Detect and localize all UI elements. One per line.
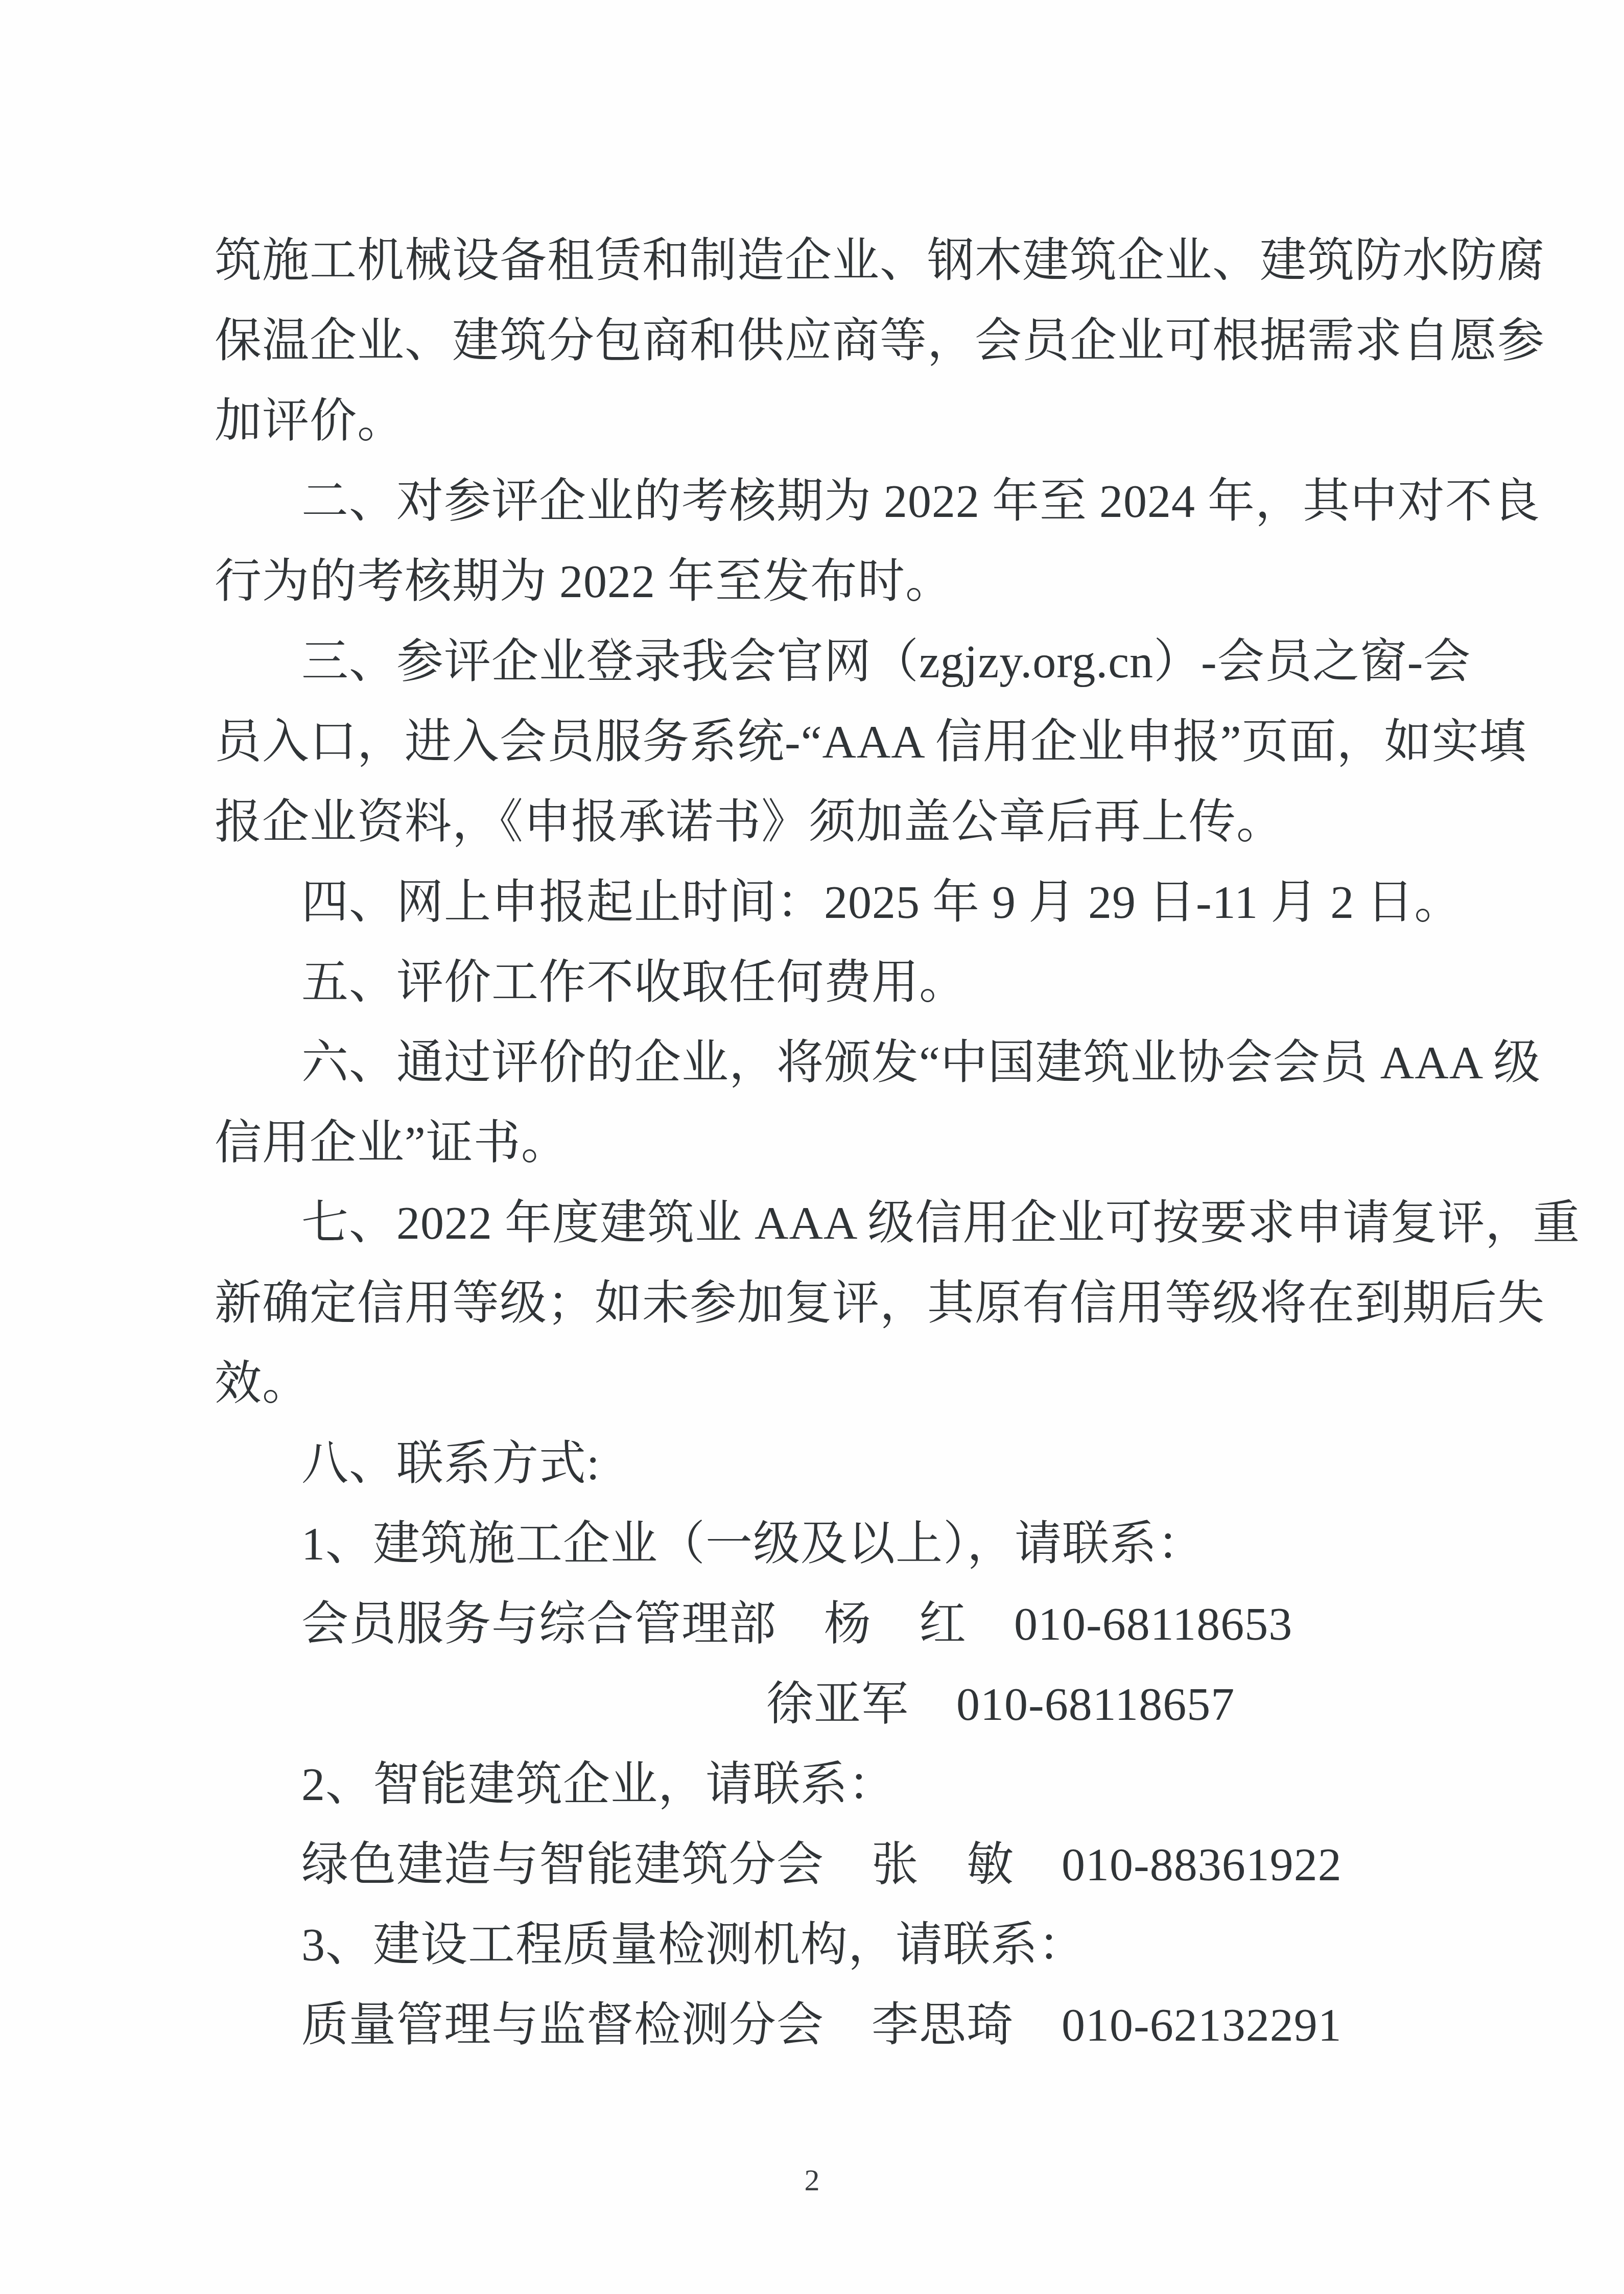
text-line: 新确定信用等级；如未参加复评，其原有信用等级将在到期后失 [215,1263,1538,1343]
text-line: 五、评价工作不收取任何费用。 [215,942,1538,1023]
text-line: 保温企业、建筑分包商和供应商等，会员企业可根据需求自愿参 [215,301,1538,381]
text-line: 绿色建造与智能建筑分会 张 敏 010-88361922 [215,1825,1538,1905]
text-line: 二、对参评企业的考核期为 2022 年至 2024 年，其中对不良 [215,461,1538,541]
text-line: 员入口，进入会员服务系统-“AAA 信用企业申报”页面，如实填 [215,702,1538,782]
text-line: 四、网上申报起止时间：2025 年 9 月 29 日-11 月 2 日。 [215,862,1538,942]
text-line: 行为的考核期为 2022 年至发布时。 [215,541,1538,622]
text-line: 八、联系方式: [215,1424,1538,1504]
text-line: 1、建筑施工企业（一级及以上），请联系： [215,1504,1538,1584]
text-line: 效。 [215,1343,1538,1424]
document-body: 筑施工机械设备租赁和制造企业、钢木建筑企业、建筑防水防腐 保温企业、建筑分包商和… [215,221,1538,2065]
text-line: 质量管理与监督检测分会 李思琦 010-62132291 [215,1985,1538,2065]
page-number: 2 [0,2165,1624,2195]
text-line: 3、建设工程质量检测机构，请联系： [215,1905,1538,1985]
text-line: 徐亚军 010-68118657 [766,1664,1538,1744]
text-line: 信用企业”证书。 [215,1103,1538,1183]
text-line: 七、2022 年度建筑业 AAA 级信用企业可按要求申请复评，重 [215,1183,1538,1263]
document-page: 筑施工机械设备租赁和制造企业、钢木建筑企业、建筑防水防腐 保温企业、建筑分包商和… [0,0,1624,2294]
text-line: 报企业资料，《申报承诺书》须加盖公章后再上传。 [215,782,1538,862]
text-line: 2、智能建筑企业，请联系： [215,1744,1538,1825]
text-line: 六、通过评价的企业，将颁发“中国建筑业协会会员 AAA 级 [215,1023,1538,1103]
text-line: 三、参评企业登录我会官网（zgjzy.org.cn）-会员之窗-会 [215,622,1538,702]
text-line: 会员服务与综合管理部 杨 红 010-68118653 [215,1584,1538,1664]
text-line: 筑施工机械设备租赁和制造企业、钢木建筑企业、建筑防水防腐 [215,221,1538,301]
text-line: 加评价。 [215,381,1538,461]
